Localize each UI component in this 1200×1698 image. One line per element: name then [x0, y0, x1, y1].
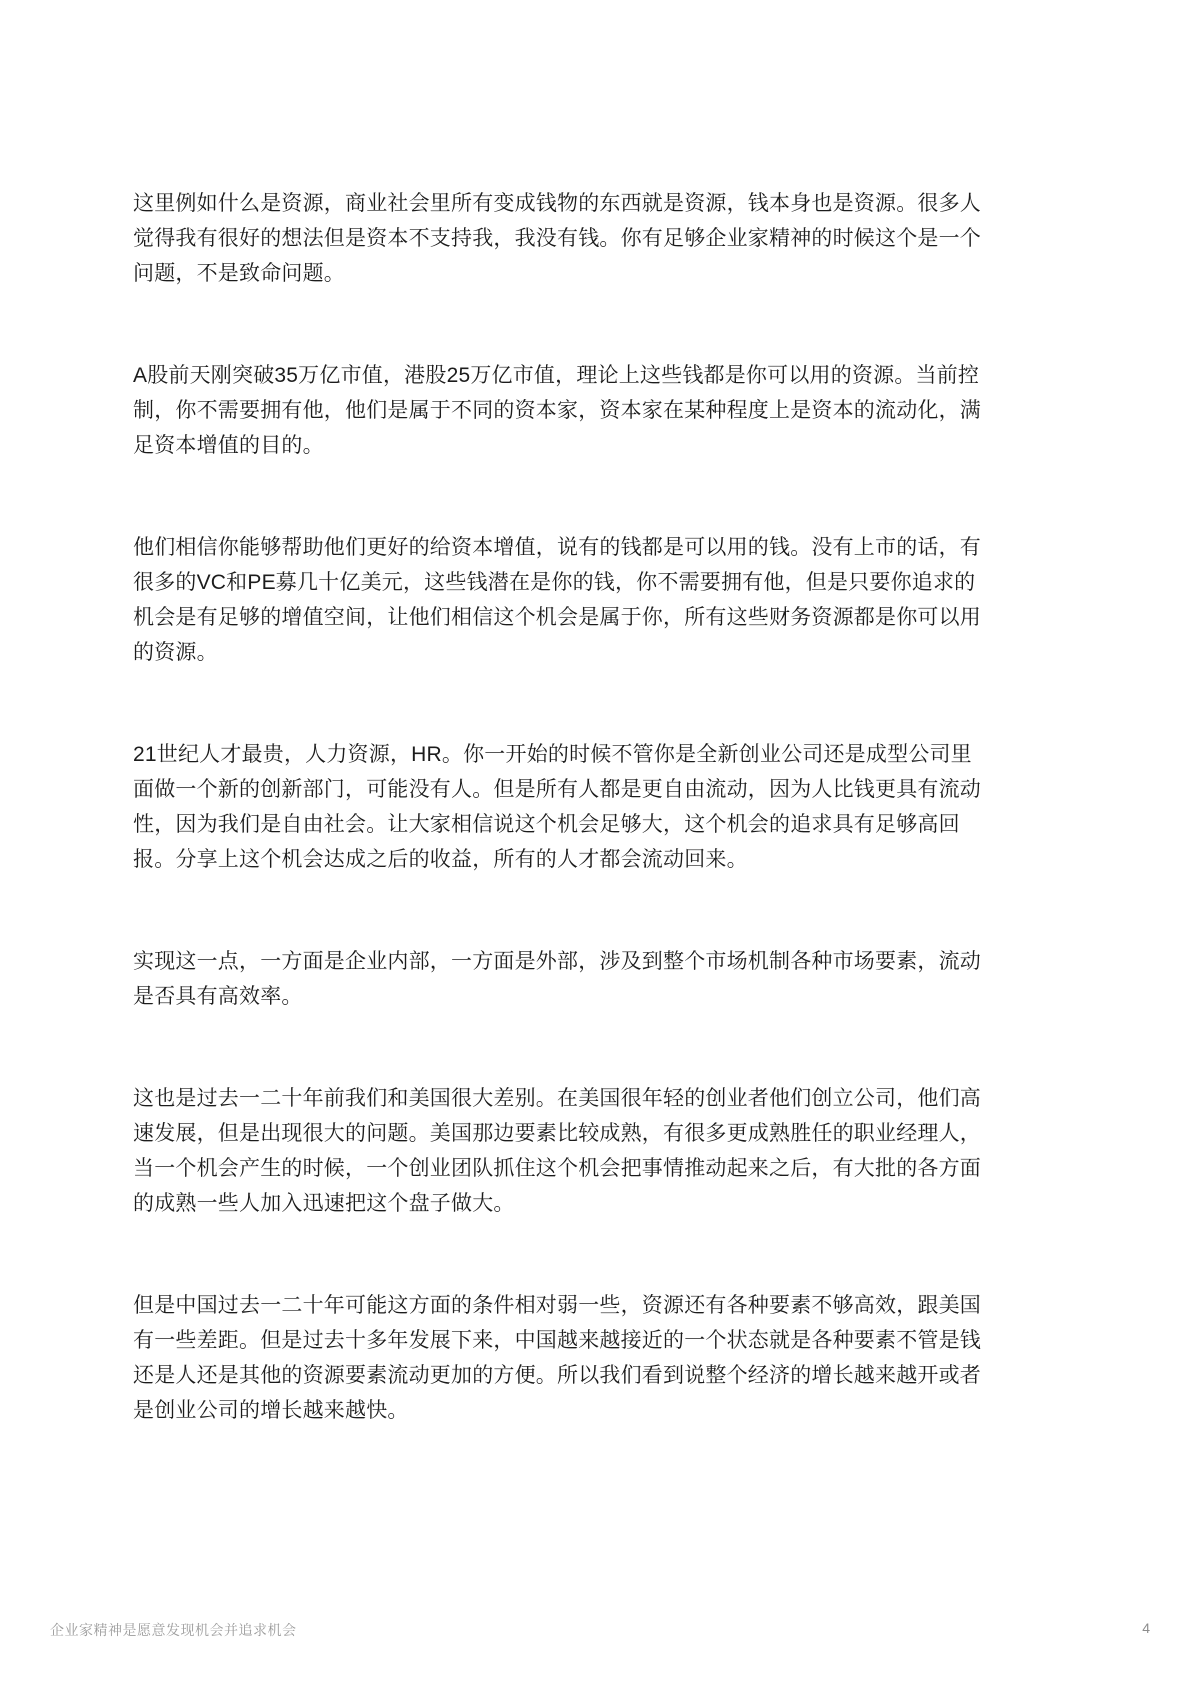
- paragraph-1: 这里例如什么是资源，商业社会里所有变成钱物的东西就是资源，钱本身也是资源。很多人…: [133, 186, 983, 291]
- paragraph-3: 他们相信你能够帮助他们更好的给资本增值，说有的钱都是可以用的钱。没有上市的话，有…: [133, 530, 983, 670]
- paragraph-5: 实现这一点，一方面是企业内部，一方面是外部，涉及到整个市场机制各种市场要素，流动…: [133, 944, 983, 1014]
- footer-page-number: 4: [1142, 1620, 1150, 1636]
- page-body-text: 这里例如什么是资源，商业社会里所有变成钱物的东西就是资源，钱本身也是资源。很多人…: [133, 186, 983, 1495]
- paragraph-7: 但是中国过去一二十年可能这方面的条件相对弱一些，资源还有各种要素不够高效，跟美国…: [133, 1288, 983, 1428]
- paragraph-6: 这也是过去一二十年前我们和美国很大差别。在美国很年轻的创业者他们创立公司，他们高…: [133, 1081, 983, 1221]
- document-page: 这里例如什么是资源，商业社会里所有变成钱物的东西就是资源，钱本身也是资源。很多人…: [0, 0, 1200, 1698]
- paragraph-4: 21世纪人才最贵，人力资源，HR。你一开始的时候不管你是全新创业公司还是成型公司…: [133, 737, 983, 877]
- page-footer: 企业家精神是愿意发现机会并追求机会 4: [0, 1620, 1200, 1644]
- paragraph-2: A股前天刚突破35万亿市值，港股25万亿市值，理论上这些钱都是你可以用的资源。当…: [133, 358, 983, 463]
- footer-document-title: 企业家精神是愿意发现机会并追求机会: [50, 1620, 297, 1640]
